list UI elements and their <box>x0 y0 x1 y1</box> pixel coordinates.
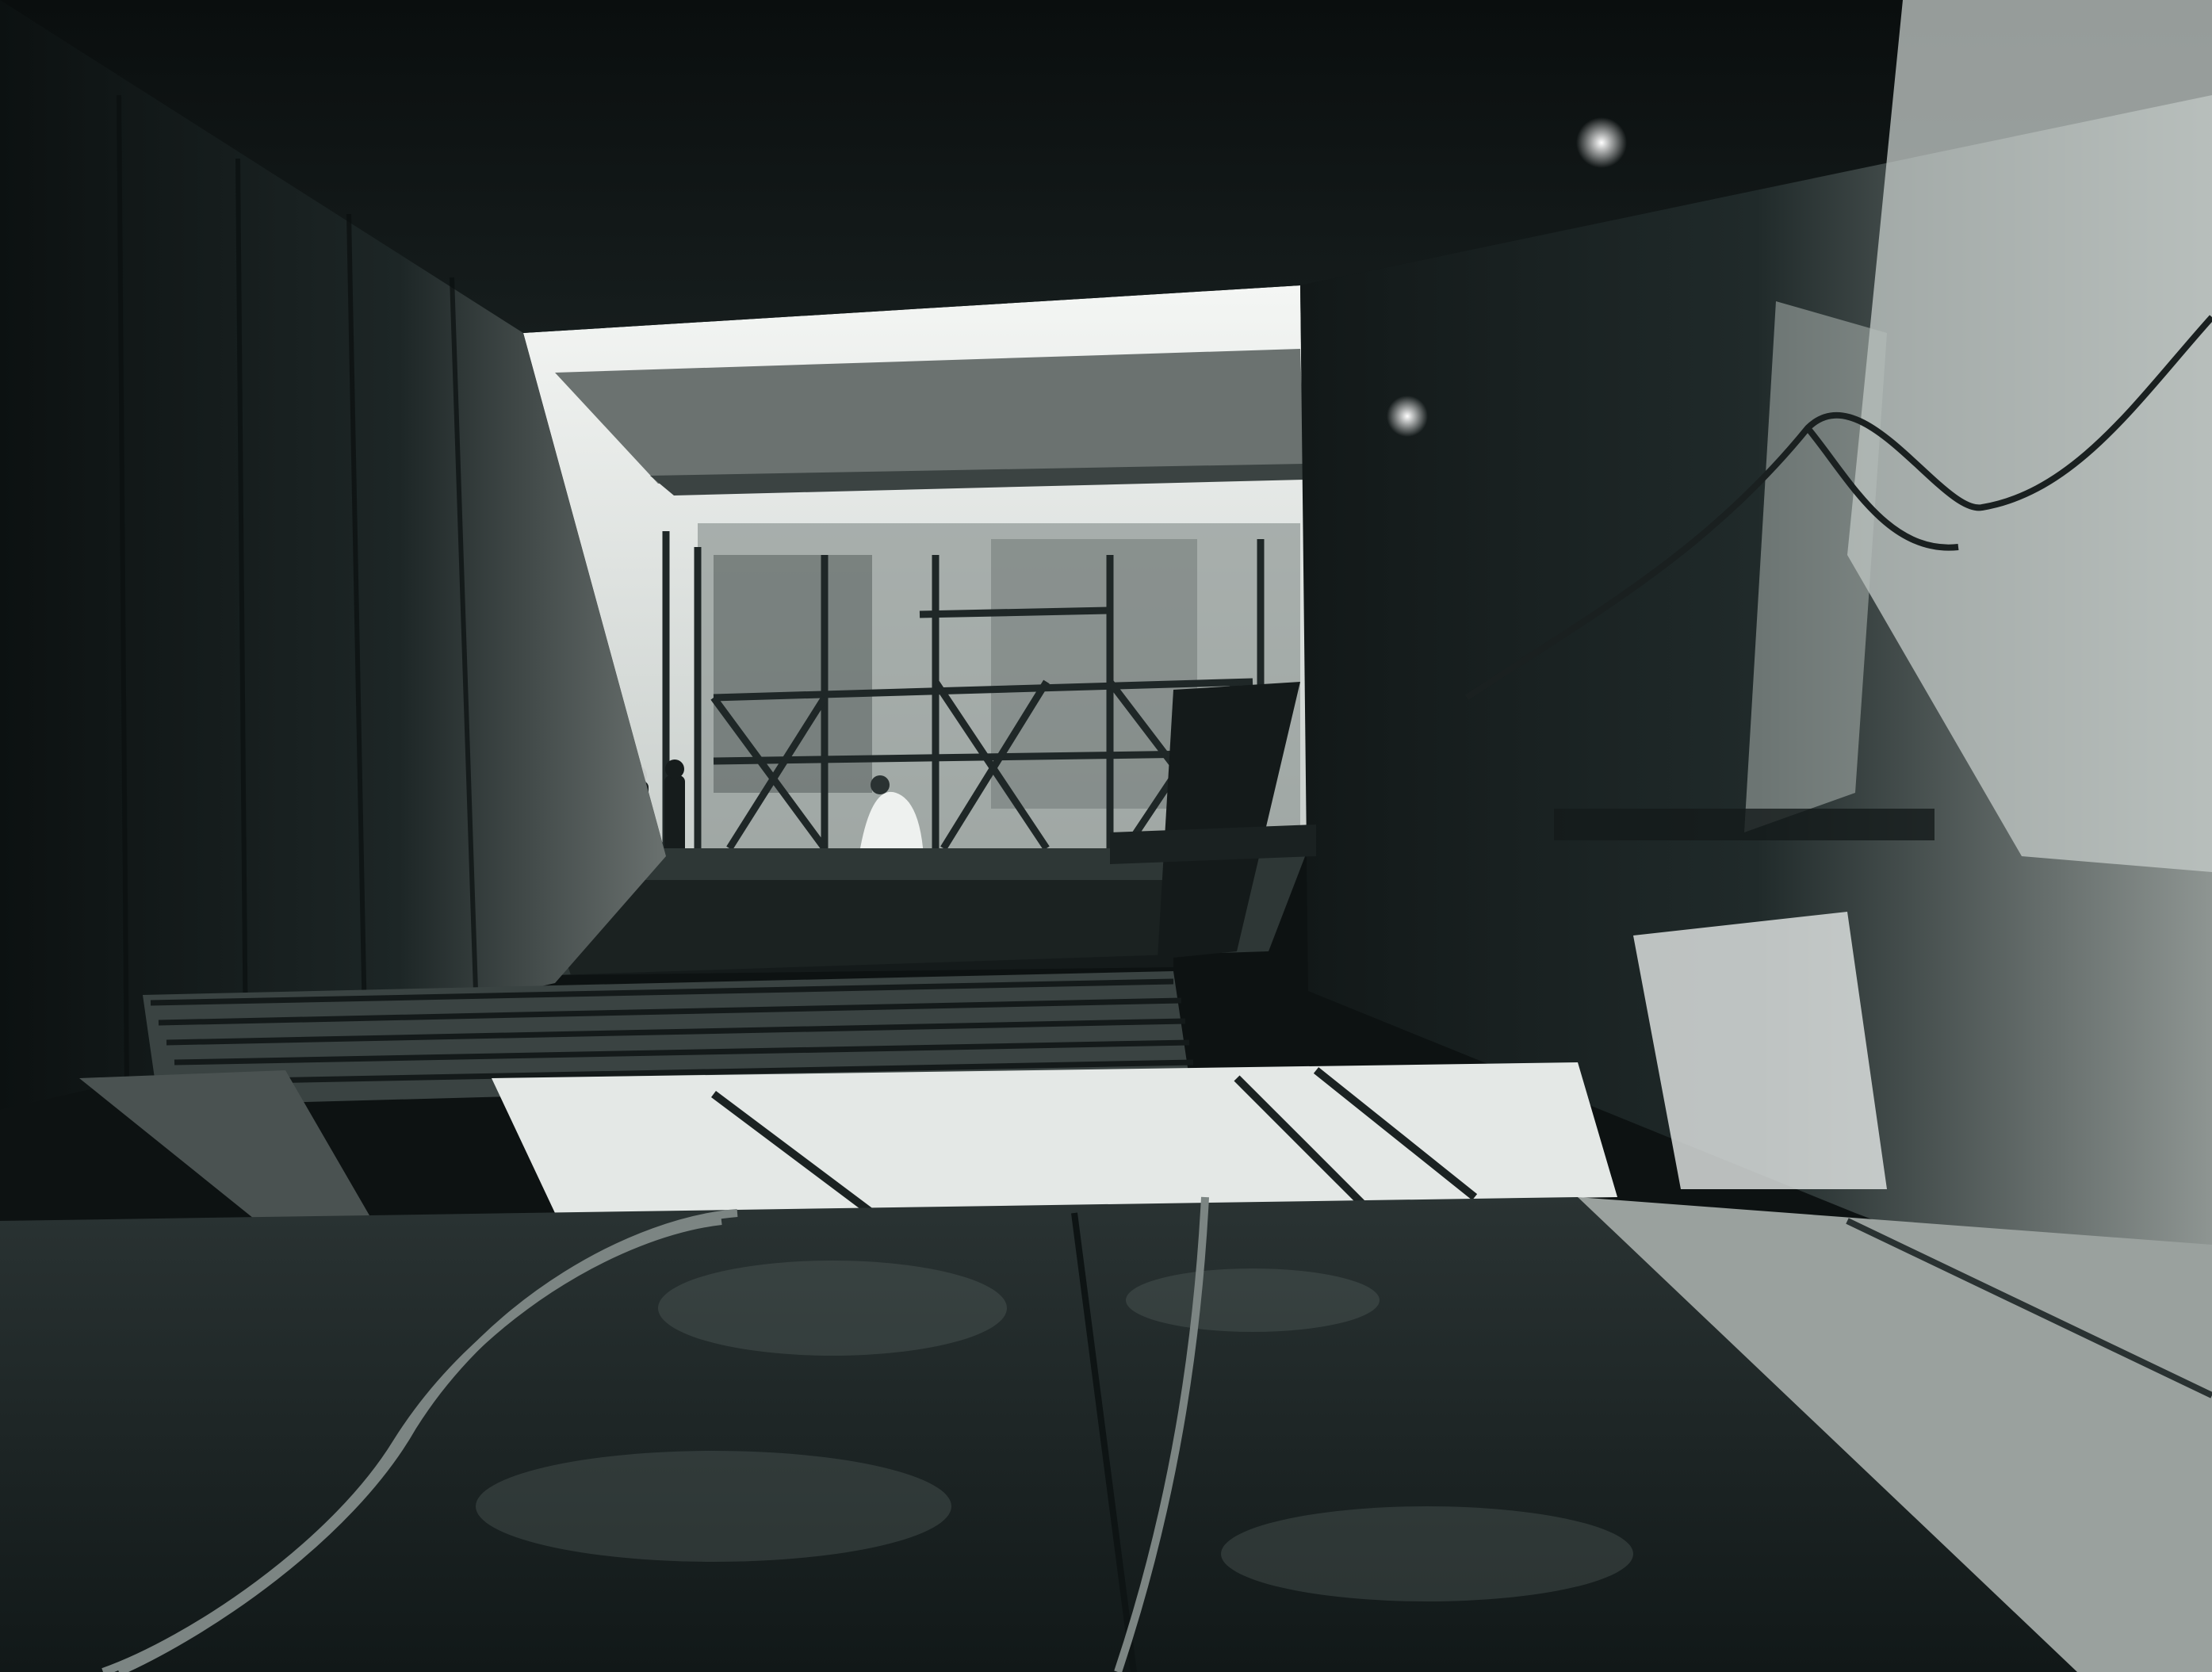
overhead-slab <box>555 349 1304 484</box>
lit-pit <box>492 1062 1617 1213</box>
construction-tunnel-photo <box>0 0 2212 1672</box>
